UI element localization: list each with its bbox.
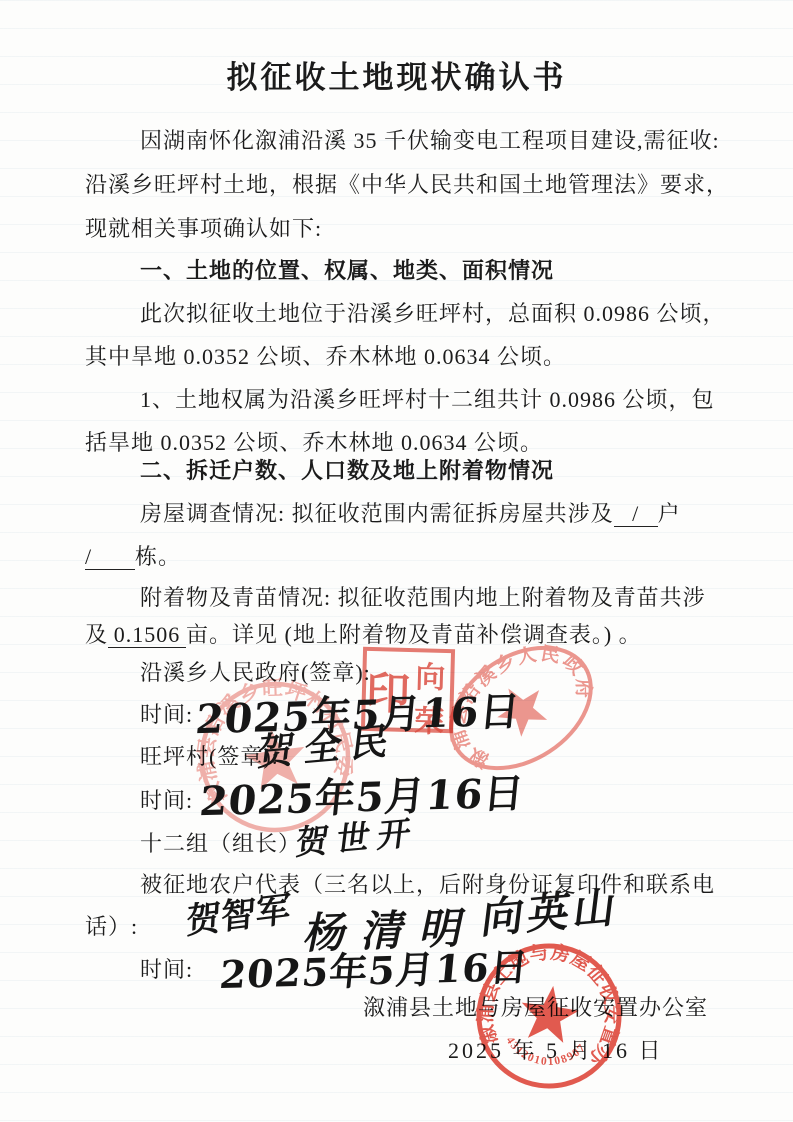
households-blank: / xyxy=(614,502,658,527)
gov-signature-label: 沿溪乡人民政府(签章): xyxy=(140,660,371,686)
section1-line-1: 此次拟征收土地位于沿溪乡旺坪村，总面积 0.0986 公顷， xyxy=(140,301,726,327)
attachments-prefix: 及 xyxy=(85,622,108,647)
house-survey-text: 房屋调查情况: 拟征收范围内需征拆房屋共涉及 xyxy=(140,501,614,526)
section1-line-4: 括旱地 0.0352 公顷、乔木林地 0.0634 公顷。 xyxy=(85,430,543,456)
time-label-3: 时间: xyxy=(140,957,193,983)
intro-line-3: 现就相关事项确认如下: xyxy=(85,216,322,242)
households-unit: 户 xyxy=(658,501,681,526)
buildings-blank: / xyxy=(85,545,135,570)
group-leader-label: 十二组（组长）: xyxy=(140,831,308,857)
time-label-2: 时间: xyxy=(140,788,193,814)
scanned-document-page: 溆浦县沿溪乡旺坪村村民委员会 溆浦县沿溪乡人民政府 溆浦县土地与房屋征收安置办公… xyxy=(0,0,793,1122)
section2-heading: 二、拆迁户数、人口数及地上附着物情况 xyxy=(140,458,554,484)
area-blank: 0.1506 xyxy=(108,623,186,648)
attachments-suffix: 亩。详见 (地上附着物及青苗补偿调查表。) 。 xyxy=(186,622,642,647)
house-survey-line-2: /栋。 xyxy=(85,544,181,570)
section1-heading: 一、土地的位置、权属、地类、面积情况 xyxy=(140,258,554,284)
section1-line-2: 其中旱地 0.0352 公顷、乔木林地 0.0634 公顷。 xyxy=(85,344,566,370)
footer-office-name: 溆浦县土地与房屋征收安置办公室 xyxy=(363,995,708,1021)
section1-line-3: 1、土地权属为沿溪乡旺坪村十二组共计 0.0986 公顷，包 xyxy=(140,387,715,413)
attachments-line-2: 及0.1506亩。详见 (地上附着物及青苗补偿调查表。) 。 xyxy=(85,622,642,648)
intro-line-2: 沿溪乡旺坪村土地，根据《中华人民共和国土地管理法》要求， xyxy=(85,172,729,198)
reps-line-2-prefix: 话）: xyxy=(85,914,138,940)
buildings-unit: 栋。 xyxy=(135,544,181,569)
intro-line-1: 因湖南怀化溆浦沿溪 35 千伏输变电工程项目建设,需征收: xyxy=(140,128,720,154)
handwritten-reps-date: 2025年5月16日 xyxy=(217,936,531,999)
footer-date: 2025 年 5 月 16 日 xyxy=(448,1038,664,1064)
handwritten-rep-signature-3: 向英山 xyxy=(479,874,624,947)
time-label-1: 时间: xyxy=(140,702,193,728)
attachments-line-1: 附着物及青苗情况: 拟征收范围内地上附着物及青苗共涉 xyxy=(140,585,706,611)
house-survey-line-1: 房屋调查情况: 拟征收范围内需征拆房屋共涉及/户 xyxy=(140,501,681,527)
document-title: 拟征收土地现状确认书 xyxy=(0,52,793,97)
handwritten-group-leader-signature: 贺世开 xyxy=(293,806,421,864)
